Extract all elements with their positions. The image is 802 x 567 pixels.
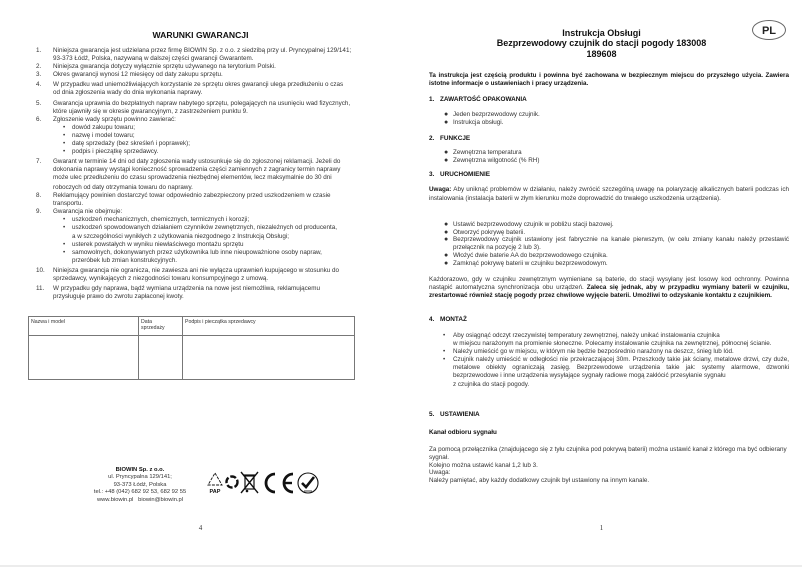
section-2-list: ●Zewnętrzna temperatura ●Zewnętrzna wilg… xyxy=(429,149,789,165)
section-3-note: Uwaga: Aby uniknąć problemów w działaniu… xyxy=(429,186,789,203)
warranty-title: WARUNKI GWARANCJI xyxy=(0,30,401,40)
ce-mark-icon xyxy=(266,474,293,492)
table-column-divider xyxy=(138,317,139,379)
section-2-heading: 2.FUNKCJE xyxy=(429,135,789,143)
section-4-list: •Aby osiągnąć odczyt rzeczywistej temper… xyxy=(429,332,789,389)
item-number: 6. xyxy=(36,116,41,124)
item-line: przysługuje prawo do zwrotu zapłaconej k… xyxy=(53,293,371,301)
pap-recycling-icon: PAP xyxy=(208,473,222,495)
document-spread: WARUNKI GWARANCJI 1.Niniejsza gwarancja … xyxy=(0,0,802,565)
recycle-icon xyxy=(227,477,238,488)
section-4-heading: 4.MONTAŻ xyxy=(429,316,789,324)
company-street: ul. Pryncypalna 129/141; xyxy=(50,474,230,481)
list-item: ●Instrukcja obsługi. xyxy=(429,119,789,127)
intro-paragraph: Ta instrukcja jest częścią produktu i po… xyxy=(429,72,789,88)
item-number: 8. xyxy=(36,192,41,200)
section-1-heading: 1.ZAWARTOŚĆ OPAKOWANIA xyxy=(429,96,789,104)
body-line: Uwaga: xyxy=(429,469,789,477)
company-web-email: www.biowin.pl biowin@biowin.pl xyxy=(50,497,230,504)
check-seal-icon xyxy=(298,473,318,493)
warranty-item: 10.Niniejsza gwarancja nie ogranicza, ni… xyxy=(36,267,371,283)
company-phone: tel.: +48 (042) 682 92 53, 682 92 55 xyxy=(50,489,230,496)
item-number: 5. xyxy=(36,100,41,108)
warranty-subitem: •podpis i pieczątkę sprzedawcy. xyxy=(36,148,371,156)
item-number: 3. xyxy=(36,71,41,79)
warranty-item: 4.W przypadku wad uniemożliwiających kor… xyxy=(36,81,371,97)
item-line: Gwarancja uprawnia do bezpłatnych napraw… xyxy=(53,100,371,108)
section-5-heading: 5.USTAWIENIA xyxy=(429,411,789,419)
warranty-item: 6.Zgłoszenie wady sprzętu powinno zawier… xyxy=(36,116,371,124)
table-header-name-model: Nazwa i model xyxy=(31,319,65,325)
bullet-icon: • xyxy=(63,124,65,132)
list-item: ●Jeden bezprzewodowy czujnik. xyxy=(429,111,789,119)
warranty-subitem: •datę sprzedaży (bez skreśleń i poprawek… xyxy=(36,140,371,148)
warranty-item: 7.Gwarant w terminie 14 dni od daty zgło… xyxy=(36,158,371,192)
item-line: Okres gwarancji wynosi 12 miesięcy od da… xyxy=(53,71,371,79)
instruction-title: Instrukcja Obsługi Bezprzewodowy czujnik… xyxy=(401,28,802,59)
warranty-subitem: •uszkodzeń mechanicznych, chemicznych, t… xyxy=(36,216,371,224)
title-line: Instrukcja Obsługi xyxy=(401,28,802,38)
bullet-icon: • xyxy=(63,249,65,257)
list-item: ●Zewnętrzna wilgotność (% RH) xyxy=(429,157,789,165)
item-line: Niniejsza gwarancja nie ogranicza, nie z… xyxy=(53,267,371,275)
table-header-seller-signature: Podpis i pieczątka sprzedawcy xyxy=(185,319,256,325)
item-line: transportu. xyxy=(53,200,371,208)
warranty-item: 3.Okres gwarancji wynosi 12 miesięcy od … xyxy=(36,71,371,79)
warranty-subitem: •usterek powstałych w wyniku niewłaściwe… xyxy=(36,241,371,249)
item-line: Reklamujący powinien dostarczyć towar od… xyxy=(53,192,371,200)
warranty-item: 11.W przypadku gdy naprawa, bądź wymiana… xyxy=(36,285,371,301)
list-item: ●Zamknąć pokrywę baterii w czujniku bezp… xyxy=(429,260,789,268)
warranty-item: 8.Reklamujący powinien dostarczyć towar … xyxy=(36,192,371,208)
section-5-subtitle: Kanał odbioru sygnału xyxy=(429,429,789,437)
bullet-icon: • xyxy=(63,224,65,232)
item-line: od dnia zgłoszenia wady do dnia wykonani… xyxy=(53,89,371,97)
section-3-heading: 3.URUCHOMIENIE xyxy=(429,171,789,179)
item-line: dokonania naprawy wystąpi konieczność sp… xyxy=(53,166,371,174)
item-number: 9. xyxy=(36,208,41,216)
list-item: •Należy umieścić go w miejscu, w którym … xyxy=(429,348,789,356)
bullet-icon: • xyxy=(63,148,65,156)
warranty-subitem: •dowód zakupu towaru; xyxy=(36,124,371,132)
section-3-paragraph: Każdorazowo, gdy w czujniku zewnętrznym … xyxy=(429,276,789,301)
item-number: 1. xyxy=(36,47,41,55)
section-5-body: Za pomocą przełącznika (znajdującego się… xyxy=(429,446,789,485)
body-line: Należy pamiętać, aby każdy dodatkowy czu… xyxy=(429,477,789,485)
warranty-item: 5.Gwarancja uprawnia do bezpłatnych napr… xyxy=(36,100,371,116)
list-item: •Aby osiągnąć odczyt rzeczywistej temper… xyxy=(429,332,789,348)
warranty-item: 1.Niniejsza gwarancja jest udzielana prz… xyxy=(36,47,371,63)
language-badge: PL xyxy=(752,20,786,40)
warranty-conditions-list: 1.Niniejsza gwarancja jest udzielana prz… xyxy=(36,47,371,301)
item-line: roboczych od daty otrzymania towaru do n… xyxy=(53,184,371,192)
section-3-steps: ●Ustawić bezprzewodowy czujnik w pobliżu… xyxy=(429,221,789,267)
title-line: 189608 xyxy=(401,49,802,59)
svg-text:PAP: PAP xyxy=(210,489,221,495)
item-number: 7. xyxy=(36,158,41,166)
list-item: ●Otworzyć pokrywę baterii. xyxy=(429,229,789,237)
warranty-item: 9.Gwarancja nie obejmuje: xyxy=(36,208,371,216)
item-line: które ujawniły się w okresie gwarancyjny… xyxy=(53,108,371,116)
list-item: ●Włożyć dwie baterie AA do bezprzewodowe… xyxy=(429,252,789,260)
title-line: Bezprzewodowy czujnik do stacji pogody 1… xyxy=(401,38,802,48)
item-line: Zgłoszenie wady sprzętu powinno zawierać… xyxy=(53,116,371,124)
item-number: 11. xyxy=(36,285,44,293)
item-line: Gwarancja nie obejmuje: xyxy=(53,208,371,216)
item-number: 4. xyxy=(36,81,41,89)
item-number: 2. xyxy=(36,63,41,71)
warranty-subitem: •uszkodzeń spowodowanych działaniem czyn… xyxy=(36,224,371,240)
list-item: •Czujnik należy umieścić w odległości ni… xyxy=(429,356,789,388)
list-item: ●Bezprzewodowy czujnik ustawiony jest fa… xyxy=(429,236,789,251)
body-line: Za pomocą przełącznika (znajdującego się… xyxy=(429,446,789,462)
instruction-page: Instrukcja Obsługi Bezprzewodowy czujnik… xyxy=(401,0,802,565)
warranty-subitem: •nazwę i model towaru; xyxy=(36,132,371,140)
page-number: 1 xyxy=(401,524,802,532)
item-line: Gwarant w terminie 14 dni od daty zgłosz… xyxy=(53,158,371,166)
item-line: 93-373 Łódź, Polska, nazywaną w dalszej … xyxy=(53,55,371,63)
bullet-icon: • xyxy=(63,140,65,148)
item-line: Niniejsza gwarancja jest udzielana przez… xyxy=(53,47,371,55)
warranty-page: WARUNKI GWARANCJI 1.Niniejsza gwarancja … xyxy=(0,0,401,565)
table-header-divider xyxy=(29,335,354,336)
table-column-divider xyxy=(182,317,183,379)
warranty-item: 2.Niniejsza gwarancja dotyczy wyłącznie … xyxy=(36,63,371,71)
bullet-icon: • xyxy=(63,216,65,224)
item-line: Niniejsza gwarancja dotyczy wyłącznie sp… xyxy=(53,63,371,71)
company-name: BIOWIN Sp. z o.o. xyxy=(50,467,230,474)
list-item: ●Zewnętrzna temperatura xyxy=(429,149,789,157)
item-line: może ulec przedłużeniu do czasu sprowadz… xyxy=(53,174,371,182)
body-line: Kolejno można ustawić kanał 1,2 lub 3. xyxy=(429,462,789,470)
company-address: BIOWIN Sp. z o.o. ul. Pryncypalna 129/14… xyxy=(50,467,230,504)
list-item: ●Ustawić bezprzewodowy czujnik w pobliżu… xyxy=(429,221,789,229)
table-header-sale-date: Data sprzedaży xyxy=(141,319,165,332)
page-number: 4 xyxy=(0,524,401,532)
weee-crossed-bin-icon xyxy=(241,472,258,493)
item-number: 10. xyxy=(36,267,45,275)
certification-marks: PAP xyxy=(207,471,347,497)
bullet-icon: • xyxy=(63,132,65,140)
warranty-subitem: •samowolnych, dokonywanych przez użytkow… xyxy=(36,249,371,265)
item-line: W przypadku gdy naprawa, bądź wymiana ur… xyxy=(53,285,371,293)
item-line: W przypadku wad uniemożliwiających korzy… xyxy=(53,81,371,89)
item-line: sprzedawcy, wynikających z niezgodności … xyxy=(53,275,371,283)
company-city: 93-373 Łódź, Polska xyxy=(50,482,230,489)
section-1-list: ●Jeden bezprzewodowy czujnik. ●Instrukcj… xyxy=(429,111,789,127)
bullet-icon: • xyxy=(63,241,65,249)
warranty-table: Nazwa i model Data sprzedaży Podpis i pi… xyxy=(28,316,355,380)
